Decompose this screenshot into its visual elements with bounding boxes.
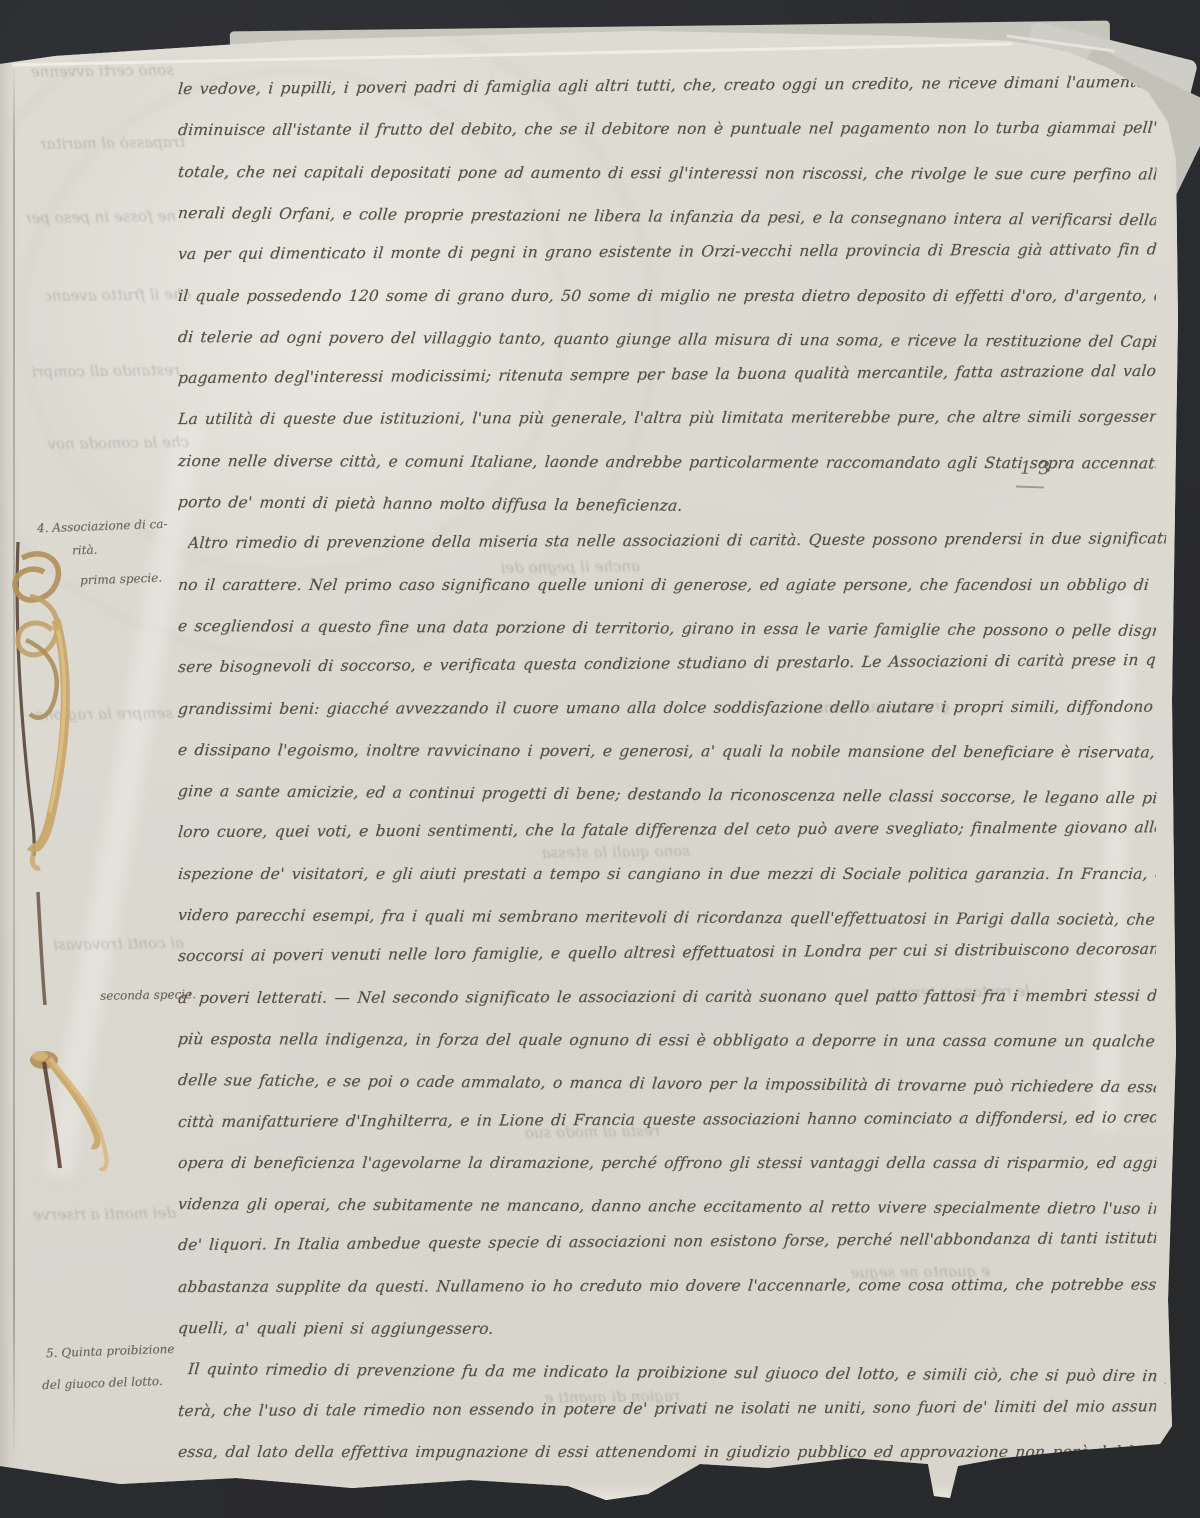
manuscript-line: videnza gli operai, che subitamente ne m… — [177, 1195, 1157, 1218]
manuscript-line: di telerie ad ogni povero del villaggio … — [177, 328, 1157, 351]
manuscript-line: pagamento degl'interessi modicissimi; ri… — [177, 362, 1156, 387]
manuscript-line: totale, che nei capitali depositati pone… — [177, 163, 1157, 183]
page-number: 13 — [1020, 458, 1057, 480]
margin-note-quinta-proibizione-cont: del giuoco del lotto. — [42, 1374, 163, 1392]
manuscript-line: più esposta nella indigenza, in forza de… — [177, 1030, 1157, 1050]
manuscript-line: grandissimi beni: giacché avvezzando il … — [177, 698, 1157, 718]
manuscript-line: terà, che l'uso di tale rimedio non esse… — [177, 1397, 1156, 1420]
manuscript-line: no il carattere. Nel primo caso signific… — [177, 576, 1157, 594]
manuscript-line: sere bisognevoli di soccorso, e verifica… — [177, 651, 1156, 676]
manuscript-line: delle sue fatiche, e se poi o cade ammal… — [177, 1071, 1157, 1096]
margin-note-quinta-proibizione: 5. Quinta proibizione — [46, 1342, 175, 1360]
manuscript-line: soccorsi ai poveri venuti nelle loro fam… — [177, 940, 1156, 965]
manuscript-line: città manifatturiere d'Inghilterra, e in… — [177, 1108, 1156, 1131]
binding-threads — [0, 500, 220, 1220]
bleedthrough-ghost-text: restando all compri — [30, 361, 180, 381]
manuscript-line: e dissipano l'egoismo, inoltre ravvicina… — [177, 741, 1157, 761]
scanned-manuscript-page: sono certi avvennetrapassò al maritarne … — [0, 0, 1200, 1518]
manuscript-line: essa, dal lato della effettiva impugnazi… — [177, 1443, 1157, 1461]
bleedthrough-ghost-text: trapassò al maritar — [40, 133, 185, 153]
bleedthrough-ghost-text: ne fosse in peso per — [26, 207, 176, 227]
bleedthrough-ghost-text: che la comoda nov — [44, 433, 189, 453]
manuscript-line: quelli, a' quali pieni si aggiungessero. — [177, 1319, 494, 1338]
manuscript-line: opera di beneficienza l'agevolarne la di… — [177, 1154, 1157, 1172]
manuscript-line: va per qui dimenticato il monte di pegni… — [177, 240, 1156, 263]
manuscript-line: loro cuore, quei voti, e buoni sentiment… — [177, 818, 1156, 841]
manuscript-line: gine a sante amicizie, ed a continui pro… — [177, 782, 1157, 807]
manuscript-line: La utilità di queste due istituzioni, l'… — [177, 408, 1157, 428]
manuscript-line: Il quinto rimedio di prevenzione fu da m… — [187, 1360, 1167, 1385]
manuscript-line: ispezione de' visitatori, e gli aiuti pr… — [177, 865, 1157, 883]
manuscript-line: videro parecchi esempi, fra i quali mi s… — [177, 906, 1157, 929]
manuscript-line: zione nelle diverse città, e comuni Ital… — [177, 452, 1157, 472]
manuscript-line: a' poveri letterati. — Nel secondo signi… — [177, 987, 1157, 1007]
manuscript-line: Altro rimedio di prevenzione della miser… — [187, 529, 1166, 552]
manuscript-line: il quale possedendo 120 some di grano du… — [177, 287, 1157, 305]
manuscript-line: abbastanza supplite da questi. Nullameno… — [177, 1276, 1157, 1296]
manuscript-line: porto de' monti di pietà hanno molto dif… — [177, 493, 683, 515]
manuscript-line: nerali degli Orfani, e colle proprie pre… — [177, 204, 1157, 229]
manuscript-line: diminuisce all'istante il frutto del deb… — [177, 119, 1157, 139]
manuscript-text-block: le vedove, i pupilli, i poveri padri di … — [178, 80, 1156, 1470]
bleedthrough-ghost-text: che il frutto aveano — [46, 285, 191, 305]
manuscript-line: e scegliendosi a questo fine una data po… — [177, 617, 1157, 640]
manuscript-line: de' liquori. In Italia ambedue queste sp… — [177, 1229, 1156, 1254]
